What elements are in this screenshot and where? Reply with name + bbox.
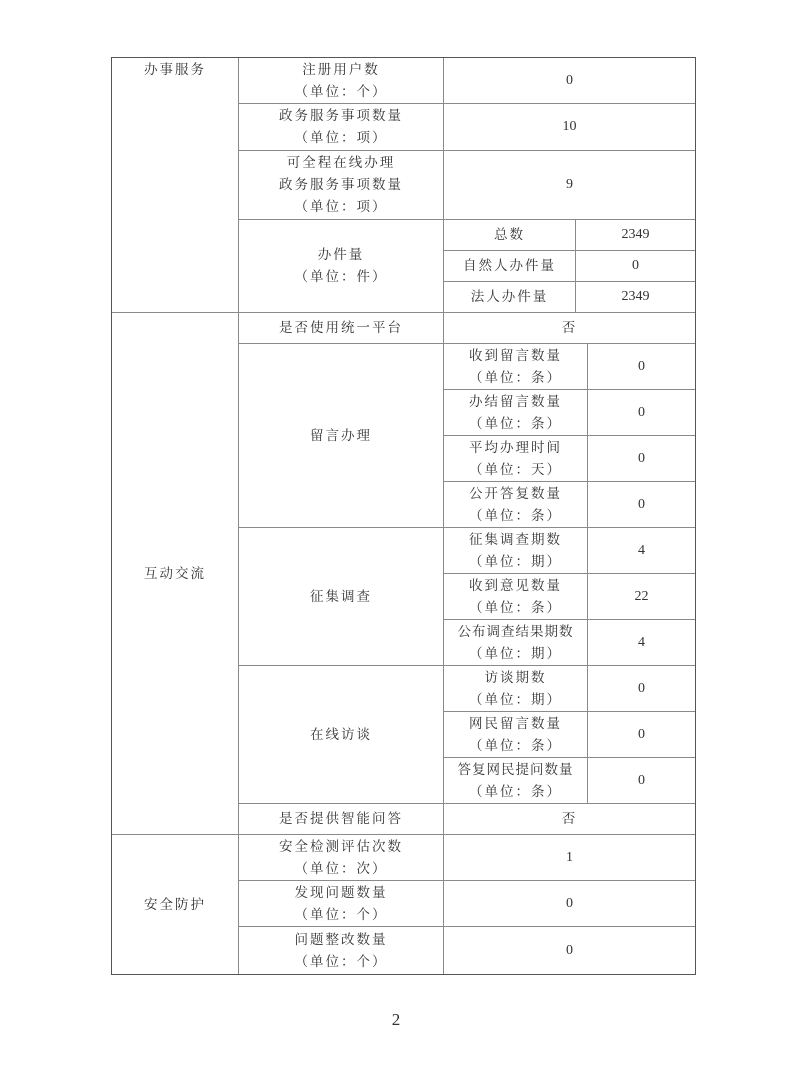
value: 0 bbox=[638, 448, 645, 470]
registered-users-value: 0 bbox=[443, 57, 696, 104]
label: 法人办件量 bbox=[471, 286, 549, 308]
label: 自然人办件量 bbox=[463, 255, 556, 277]
value: 否 bbox=[562, 808, 578, 830]
unit-line: （单位：次） bbox=[295, 858, 388, 880]
value: 0 bbox=[638, 494, 645, 516]
unified-platform-value: 否 bbox=[443, 312, 696, 344]
value: 0 bbox=[566, 940, 573, 962]
interview-periods-label: 访谈期数 （单位：期） bbox=[443, 665, 588, 712]
messages-avg-time-value: 0 bbox=[587, 435, 696, 482]
survey-periods-value: 4 bbox=[587, 527, 696, 574]
messages-avg-time-label: 平均办理时间 （单位：天） bbox=[443, 435, 588, 482]
section-label-service: 办事服务 bbox=[111, 57, 239, 313]
smart-qa-value: 否 bbox=[443, 803, 696, 835]
registered-users-label: 注册用户数 （单位：个） bbox=[238, 57, 444, 104]
survey-results-label: 公布调查结果期数 （单位：期） bbox=[443, 619, 588, 666]
label: 是否使用统一平台 bbox=[279, 317, 403, 339]
label-line: 公布调查结果期数 bbox=[458, 621, 574, 643]
label: 总数 bbox=[494, 224, 525, 246]
value: 2349 bbox=[622, 224, 650, 246]
unit-line: （单位：条） bbox=[469, 413, 562, 435]
section-label-text: 办事服务 bbox=[144, 59, 206, 81]
interview-messages-label: 网民留言数量 （单位：条） bbox=[443, 711, 588, 758]
security-checks-label: 安全检测评估次数 （单位：次） bbox=[238, 834, 444, 881]
unit-line: （单位：个） bbox=[295, 904, 388, 926]
value: 22 bbox=[635, 586, 649, 608]
value: 4 bbox=[638, 632, 645, 654]
interview-messages-value: 0 bbox=[587, 711, 696, 758]
messages-received-label: 收到留言数量 （单位：条） bbox=[443, 343, 588, 390]
messages-closed-value: 0 bbox=[587, 389, 696, 436]
value: 4 bbox=[638, 540, 645, 562]
interview-periods-value: 0 bbox=[587, 665, 696, 712]
label-line: 公开答复数量 bbox=[469, 483, 562, 505]
interview-replies-value: 0 bbox=[587, 757, 696, 804]
value: 0 bbox=[638, 770, 645, 792]
cases-label: 办件量 （单位：件） bbox=[238, 219, 444, 313]
cases-legal-label: 法人办件量 bbox=[443, 281, 576, 313]
label-line: 收到留言数量 bbox=[469, 345, 562, 367]
label-line: 办结留言数量 bbox=[469, 391, 562, 413]
interview-replies-label: 答复网民提问数量 （单位：条） bbox=[443, 757, 588, 804]
cases-legal-value: 2349 bbox=[575, 281, 696, 313]
unit-line: （单位：期） bbox=[469, 643, 562, 665]
online-items-label: 可全程在线办理 政务服务事项数量 （单位：项） bbox=[238, 150, 444, 220]
unit-line: （单位：期） bbox=[469, 689, 562, 711]
label-line: 征集调查期数 bbox=[469, 529, 562, 551]
label-line: 收到意见数量 bbox=[469, 575, 562, 597]
cases-total-label: 总数 bbox=[443, 219, 576, 251]
label: 征集调查 bbox=[310, 586, 372, 608]
value: 0 bbox=[632, 255, 639, 277]
unit-line: （单位：条） bbox=[469, 367, 562, 389]
section-label-text: 互动交流 bbox=[144, 563, 206, 585]
value: 1 bbox=[566, 847, 573, 869]
issues-found-value: 0 bbox=[443, 880, 696, 927]
section-label-text: 安全防护 bbox=[144, 894, 206, 916]
label-line: 可全程在线办理 bbox=[287, 152, 396, 174]
unit-line: （单位：条） bbox=[469, 597, 562, 619]
section-label-interaction: 互动交流 bbox=[111, 312, 239, 835]
issues-found-label: 发现问题数量 （单位：个） bbox=[238, 880, 444, 927]
label-line: 安全检测评估次数 bbox=[279, 836, 403, 858]
unit-line: （单位：个） bbox=[295, 81, 388, 103]
messages-closed-label: 办结留言数量 （单位：条） bbox=[443, 389, 588, 436]
unit-line: （单位：项） bbox=[295, 127, 388, 149]
section-label-security: 安全防护 bbox=[111, 834, 239, 975]
survey-opinions-value: 22 bbox=[587, 573, 696, 620]
value: 0 bbox=[566, 70, 573, 92]
cases-total-value: 2349 bbox=[575, 219, 696, 251]
messages-public-reply-value: 0 bbox=[587, 481, 696, 528]
cases-natural-label: 自然人办件量 bbox=[443, 250, 576, 282]
issues-fixed-label: 问题整改数量 （单位：个） bbox=[238, 926, 444, 975]
label-line: 平均办理时间 bbox=[469, 437, 562, 459]
value: 0 bbox=[638, 402, 645, 424]
label: 在线访谈 bbox=[310, 724, 372, 746]
label: 留言办理 bbox=[310, 425, 372, 447]
value: 10 bbox=[563, 116, 577, 138]
value: 0 bbox=[566, 893, 573, 915]
survey-periods-label: 征集调查期数 （单位：期） bbox=[443, 527, 588, 574]
survey-opinions-label: 收到意见数量 （单位：条） bbox=[443, 573, 588, 620]
value: 0 bbox=[638, 724, 645, 746]
messages-group-label: 留言办理 bbox=[238, 343, 444, 528]
value: 0 bbox=[638, 356, 645, 378]
label-line: 访谈期数 bbox=[485, 667, 547, 689]
survey-results-value: 4 bbox=[587, 619, 696, 666]
cases-natural-value: 0 bbox=[575, 250, 696, 282]
messages-public-reply-label: 公开答复数量 （单位：条） bbox=[443, 481, 588, 528]
label-line: 注册用户数 bbox=[302, 59, 380, 81]
unit-line: （单位：条） bbox=[469, 781, 562, 803]
unit-line: （单位：天） bbox=[469, 459, 562, 481]
service-items-label: 政务服务事项数量 （单位：项） bbox=[238, 103, 444, 151]
unit-line: （单位：项） bbox=[295, 196, 388, 218]
unified-platform-label: 是否使用统一平台 bbox=[238, 312, 444, 344]
label-line: 政务服务事项数量 bbox=[279, 105, 403, 127]
label-line: 网民留言数量 bbox=[469, 713, 562, 735]
messages-received-value: 0 bbox=[587, 343, 696, 390]
online-items-value: 9 bbox=[443, 150, 696, 220]
unit-line: （单位：个） bbox=[295, 951, 388, 973]
page-number: 2 bbox=[0, 1010, 792, 1030]
label-line: 发现问题数量 bbox=[295, 882, 388, 904]
unit-line: （单位：期） bbox=[469, 551, 562, 573]
survey-group-label: 征集调查 bbox=[238, 527, 444, 666]
unit-line: （单位：条） bbox=[469, 735, 562, 757]
service-items-value: 10 bbox=[443, 103, 696, 151]
label-line: 政务服务事项数量 bbox=[279, 174, 403, 196]
unit-line: （单位：条） bbox=[469, 505, 562, 527]
document-page: 办事服务 注册用户数 （单位：个） 0 政务服务事项数量 （单位：项） 10 可… bbox=[0, 0, 792, 1074]
label-line: 办件量 bbox=[318, 244, 365, 266]
value: 9 bbox=[566, 174, 573, 196]
unit-line: （单位：件） bbox=[295, 266, 388, 288]
label-line: 问题整改数量 bbox=[295, 929, 388, 951]
interview-group-label: 在线访谈 bbox=[238, 665, 444, 804]
label: 是否提供智能问答 bbox=[279, 808, 403, 830]
value: 0 bbox=[638, 678, 645, 700]
label-line: 答复网民提问数量 bbox=[458, 759, 574, 781]
value: 2349 bbox=[622, 286, 650, 308]
security-checks-value: 1 bbox=[443, 834, 696, 881]
issues-fixed-value: 0 bbox=[443, 926, 696, 975]
smart-qa-label: 是否提供智能问答 bbox=[238, 803, 444, 835]
value: 否 bbox=[562, 317, 578, 339]
